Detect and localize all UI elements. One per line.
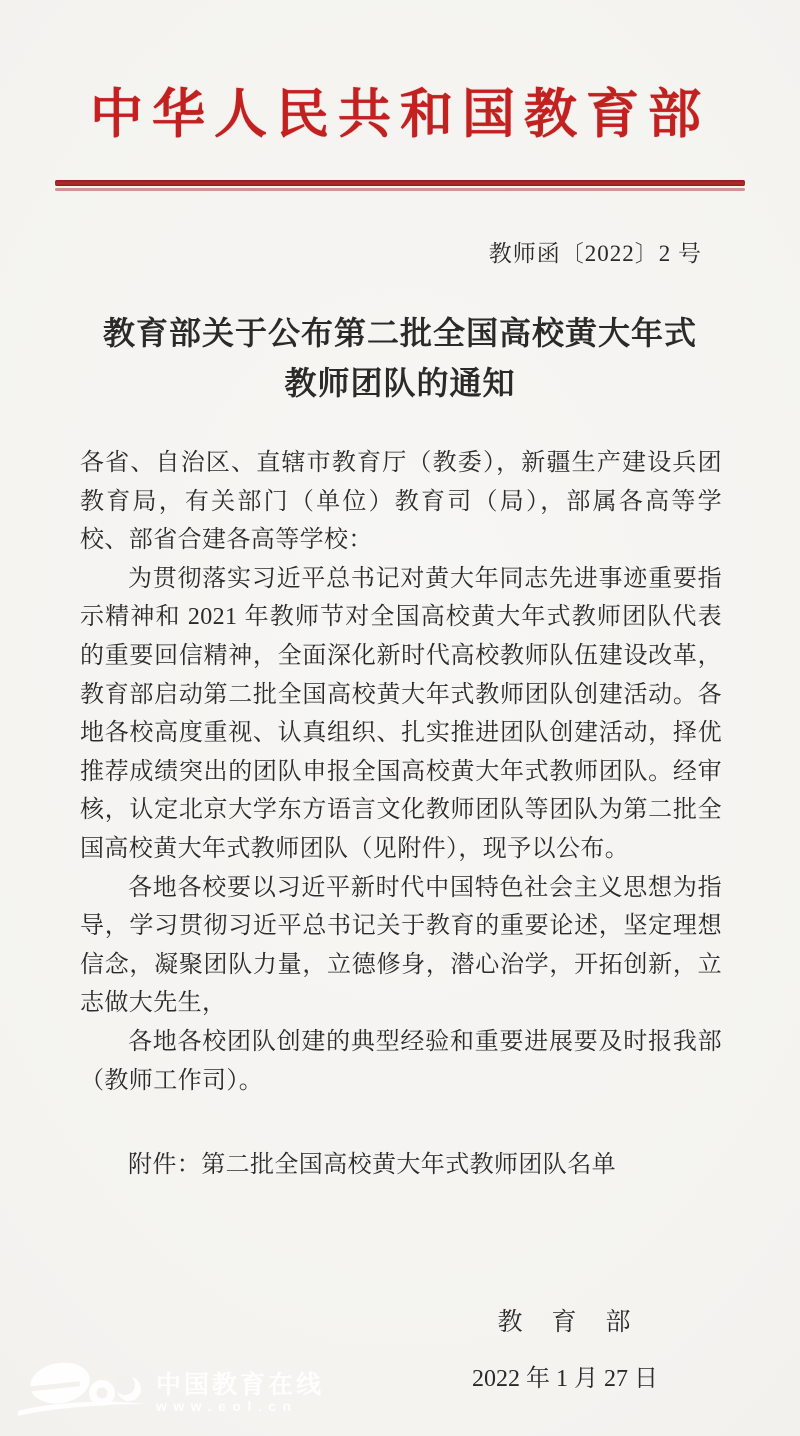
letterhead-divider-thick-line [55,180,745,186]
body-paragraph-1: 为贯彻落实习近平总书记对黄大年同志先进事迹重要指示精神和 2021 年教师节对全… [80,560,722,869]
body-paragraph-3: 各地各校团队创建的典型经验和重要进展要及时报我部（教师工作司）。 [80,1023,722,1100]
document-title: 教育部关于公布第二批全国高校黄大年式 教师团队的通知 [60,308,740,408]
signature-date: 2022 年 1 月 27 日 [472,1358,658,1393]
watermark-text: 中国教育在线 www.eol.cn [156,1372,324,1414]
watermark-url-label: www.eol.cn [156,1398,324,1414]
letterhead-divider-thin-line [55,188,745,191]
body-paragraph-2: 各地各校要以习近平新时代中国特色社会主义思想为指导，学习贯彻习近平总书记关于教育… [80,869,722,1023]
document-title-line1: 教育部关于公布第二批全国高校黄大年式 [103,315,697,351]
attachment-line: 附件：第二批全国高校黄大年式教师团队名单 [80,1146,722,1185]
signature-block: 教 育 部 2022 年 1 月 27 日 [472,1302,658,1393]
document-body: 各省、自治区、直辖市教育厅（教委），新疆生产建设兵团教育局，有关部门（单位）教育… [80,444,722,1185]
letterhead-divider [55,180,745,191]
eol-logo-icon [16,1359,148,1426]
watermark-brand-label: 中国教育在线 [156,1372,324,1398]
document-number: 教师函〔2022〕2 号 [0,235,800,268]
salutation-paragraph: 各省、自治区、直辖市教育厅（教委），新疆生产建设兵团教育局，有关部门（单位）教育… [80,444,722,560]
document-title-line2: 教师团队的通知 [284,365,515,401]
eol-watermark: 中国教育在线 www.eol.cn [16,1359,324,1426]
signature-issuer: 教 育 部 [472,1302,658,1338]
issuing-org-title: 中华人民共和国教育部 [0,0,800,148]
document-page: 中华人民共和国教育部 教师函〔2022〕2 号 教育部关于公布第二批全国高校黄大… [0,0,800,1436]
